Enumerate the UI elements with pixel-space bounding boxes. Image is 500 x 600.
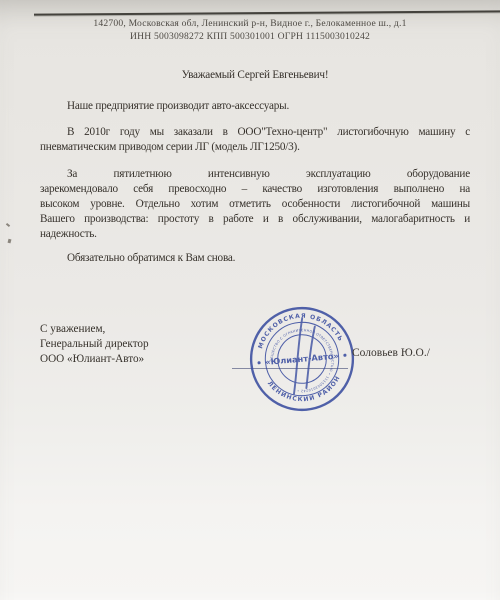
paragraph-review-line: Вашего производства: простоту в работе и… <box>40 212 470 227</box>
stamp-separator-dot <box>257 361 260 364</box>
scan-artifact <box>8 239 11 244</box>
paragraph-order: В 2010г году мы заказали в ООО"Техно-цен… <box>40 125 470 155</box>
paragraph-review-line: За пятилетнюю интенсивную эксплуатацию о… <box>40 167 470 182</box>
letterhead-address: 142700, Московская обл, Ленинский р-н, В… <box>0 17 500 30</box>
paragraph-review: За пятилетнюю интенсивную эксплуатацию о… <box>40 167 470 242</box>
scan-artifact <box>6 223 10 227</box>
greeting-line: Уважаемый Сергей Евгеньевич! <box>40 68 470 83</box>
stamp-company-name: «Юлиант-Авто» <box>265 351 339 367</box>
scanned-letter-page: 142700, Московская обл, Ленинский р-н, В… <box>0 0 500 600</box>
signatory-name: Соловьев Ю.О./ <box>352 347 430 359</box>
paragraph-closing: Обязательно обратимся к Вам снова. <box>40 251 470 266</box>
paragraph-order-line: пневматическим приводом серии ЛГ (модель… <box>40 140 470 155</box>
paragraph-intro: Наше предприятие производит авто-аксессу… <box>40 99 470 114</box>
paragraph-review-line: надежность. <box>40 227 470 242</box>
stamp-separator-dot <box>343 354 346 357</box>
paragraph-order-line: В 2010г году мы заказали в ООО"Техно-цен… <box>40 125 470 140</box>
letterhead-rule <box>34 10 500 16</box>
company-stamp: МОСКОВСКАЯ ОБЛАСТЬ ЛЕНИНСКИЙ РАЙОН ОБЩЕС… <box>242 299 361 418</box>
paragraph-review-line: высоком уровне. Отдельно хотим отметить … <box>40 197 470 212</box>
letterhead: 142700, Московская обл, Ленинский р-н, В… <box>0 17 500 43</box>
paragraph-review-line: зарекомендовало себя превосходно – качес… <box>40 182 470 197</box>
letterhead-registration: ИНН 5003098272 КПП 500301001 ОГРН 111500… <box>0 30 500 43</box>
